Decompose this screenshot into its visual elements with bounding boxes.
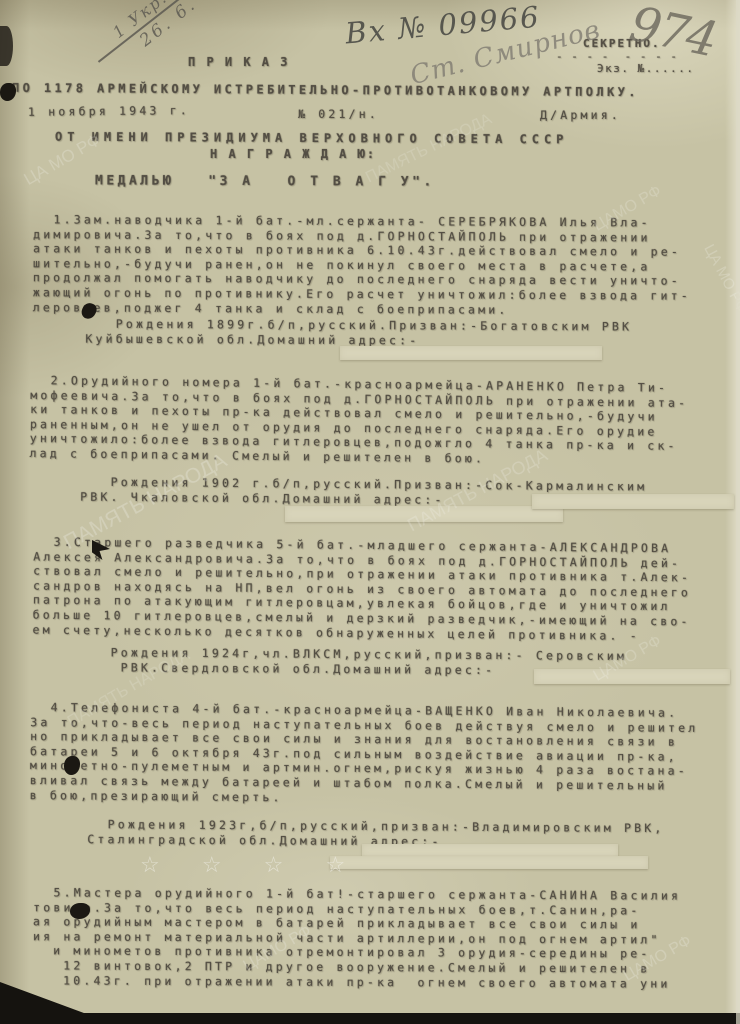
army-label: Д/Армия.: [540, 108, 621, 123]
redaction-bar: [532, 494, 734, 509]
order-number: № 021/н.: [298, 107, 379, 122]
redaction-bar: [340, 346, 602, 360]
order-unit-line: ПО 1178 АРМЕЙСКОМУ ИСТРЕБИТЕЛЬНО-ПРОТИВО…: [12, 81, 639, 100]
ink-blot: [0, 83, 16, 101]
redaction-bar: [534, 669, 730, 684]
redaction-bar: [330, 856, 648, 869]
entry-1-text: 1.Зам.наводчика 1-й бат.-мл.сержанта- СЕ…: [33, 212, 692, 318]
scanned-order-page: П Р И К А З ПО 1178 АРМЕЙСКОМУ ИСТРЕБИТЕ…: [0, 0, 740, 1024]
scan-right-edge: [736, 0, 740, 1024]
entry-1-origin: Рождения 1899г.б/п,русский.Призван:-Бога…: [55, 316, 632, 348]
award-word: Н А Г Р А Ж Д А Ю:: [210, 147, 376, 162]
entry-4-text: 4.Телефониста 4-й бат.-красноармейца-ВАЩ…: [30, 700, 699, 808]
scan-bottom-edge: [0, 1013, 740, 1024]
order-date: 1 ноября 1943 г.: [28, 103, 190, 119]
copy-number-label: Экз. №......: [597, 62, 694, 77]
medal-line: МЕДАЛЬЮ "З А О Т В А Г У".: [95, 174, 435, 190]
entry-2-text: 2.Орудийного номера 1-й бат.-красноармей…: [29, 373, 688, 469]
entry-3-text: 3.Старшего разведчика 5-й бат.-младшего …: [32, 535, 691, 644]
order-title: П Р И К А З: [188, 55, 289, 70]
watermark-text: ЦА МО РФ: [700, 241, 740, 315]
authority-line: ОТ ИМЕНИ ПРЕЗИДИУМА ВЕРХОВНОГО СОВЕТА СС…: [55, 130, 569, 147]
redaction-bar: [285, 506, 563, 522]
entry-5-text: 5.Мастера орудийного 1-й бат!-старшего с…: [33, 885, 681, 991]
ink-blot: [0, 26, 13, 66]
